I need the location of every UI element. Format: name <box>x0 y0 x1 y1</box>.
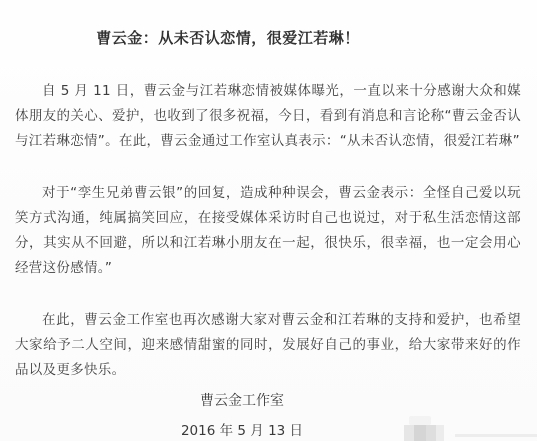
watermark-block <box>404 425 414 441</box>
watermark-block <box>426 425 436 441</box>
watermark-faint-line <box>455 434 537 437</box>
watermark-smudge <box>409 416 431 425</box>
signature-studio-name: 曹云金工作室 <box>0 390 484 410</box>
document-body: 自 5 月 11 日，曹云金与江若琳恋情被媒体曝光，一直以来十分感谢大众和媒体朋… <box>15 79 521 410</box>
watermark-blur-blob <box>404 425 444 441</box>
paragraph-3: 在此，曹云金工作室也再次感谢大家对曹云金和江若琳的支持和爱护，也希望大家给予二人… <box>15 308 521 383</box>
watermark-block <box>436 425 444 441</box>
document-title: 曹云金：从未否认恋情，很爱江若琳！ <box>0 27 456 48</box>
paragraph-1: 自 5 月 11 日，曹云金与江若琳恋情被媒体曝光，一直以来十分感谢大众和媒体朋… <box>15 79 521 154</box>
watermark-block <box>414 425 426 441</box>
statement-document: 曹云金：从未否认恋情，很爱江若琳！ 自 5 月 11 日，曹云金与江若琳恋情被媒… <box>0 0 537 441</box>
paragraph-2: 对于“孪生兄弟曹云银”的回复，造成种种误会，曹云金表示：全怪自己爱以玩笑方式沟通… <box>15 181 521 281</box>
